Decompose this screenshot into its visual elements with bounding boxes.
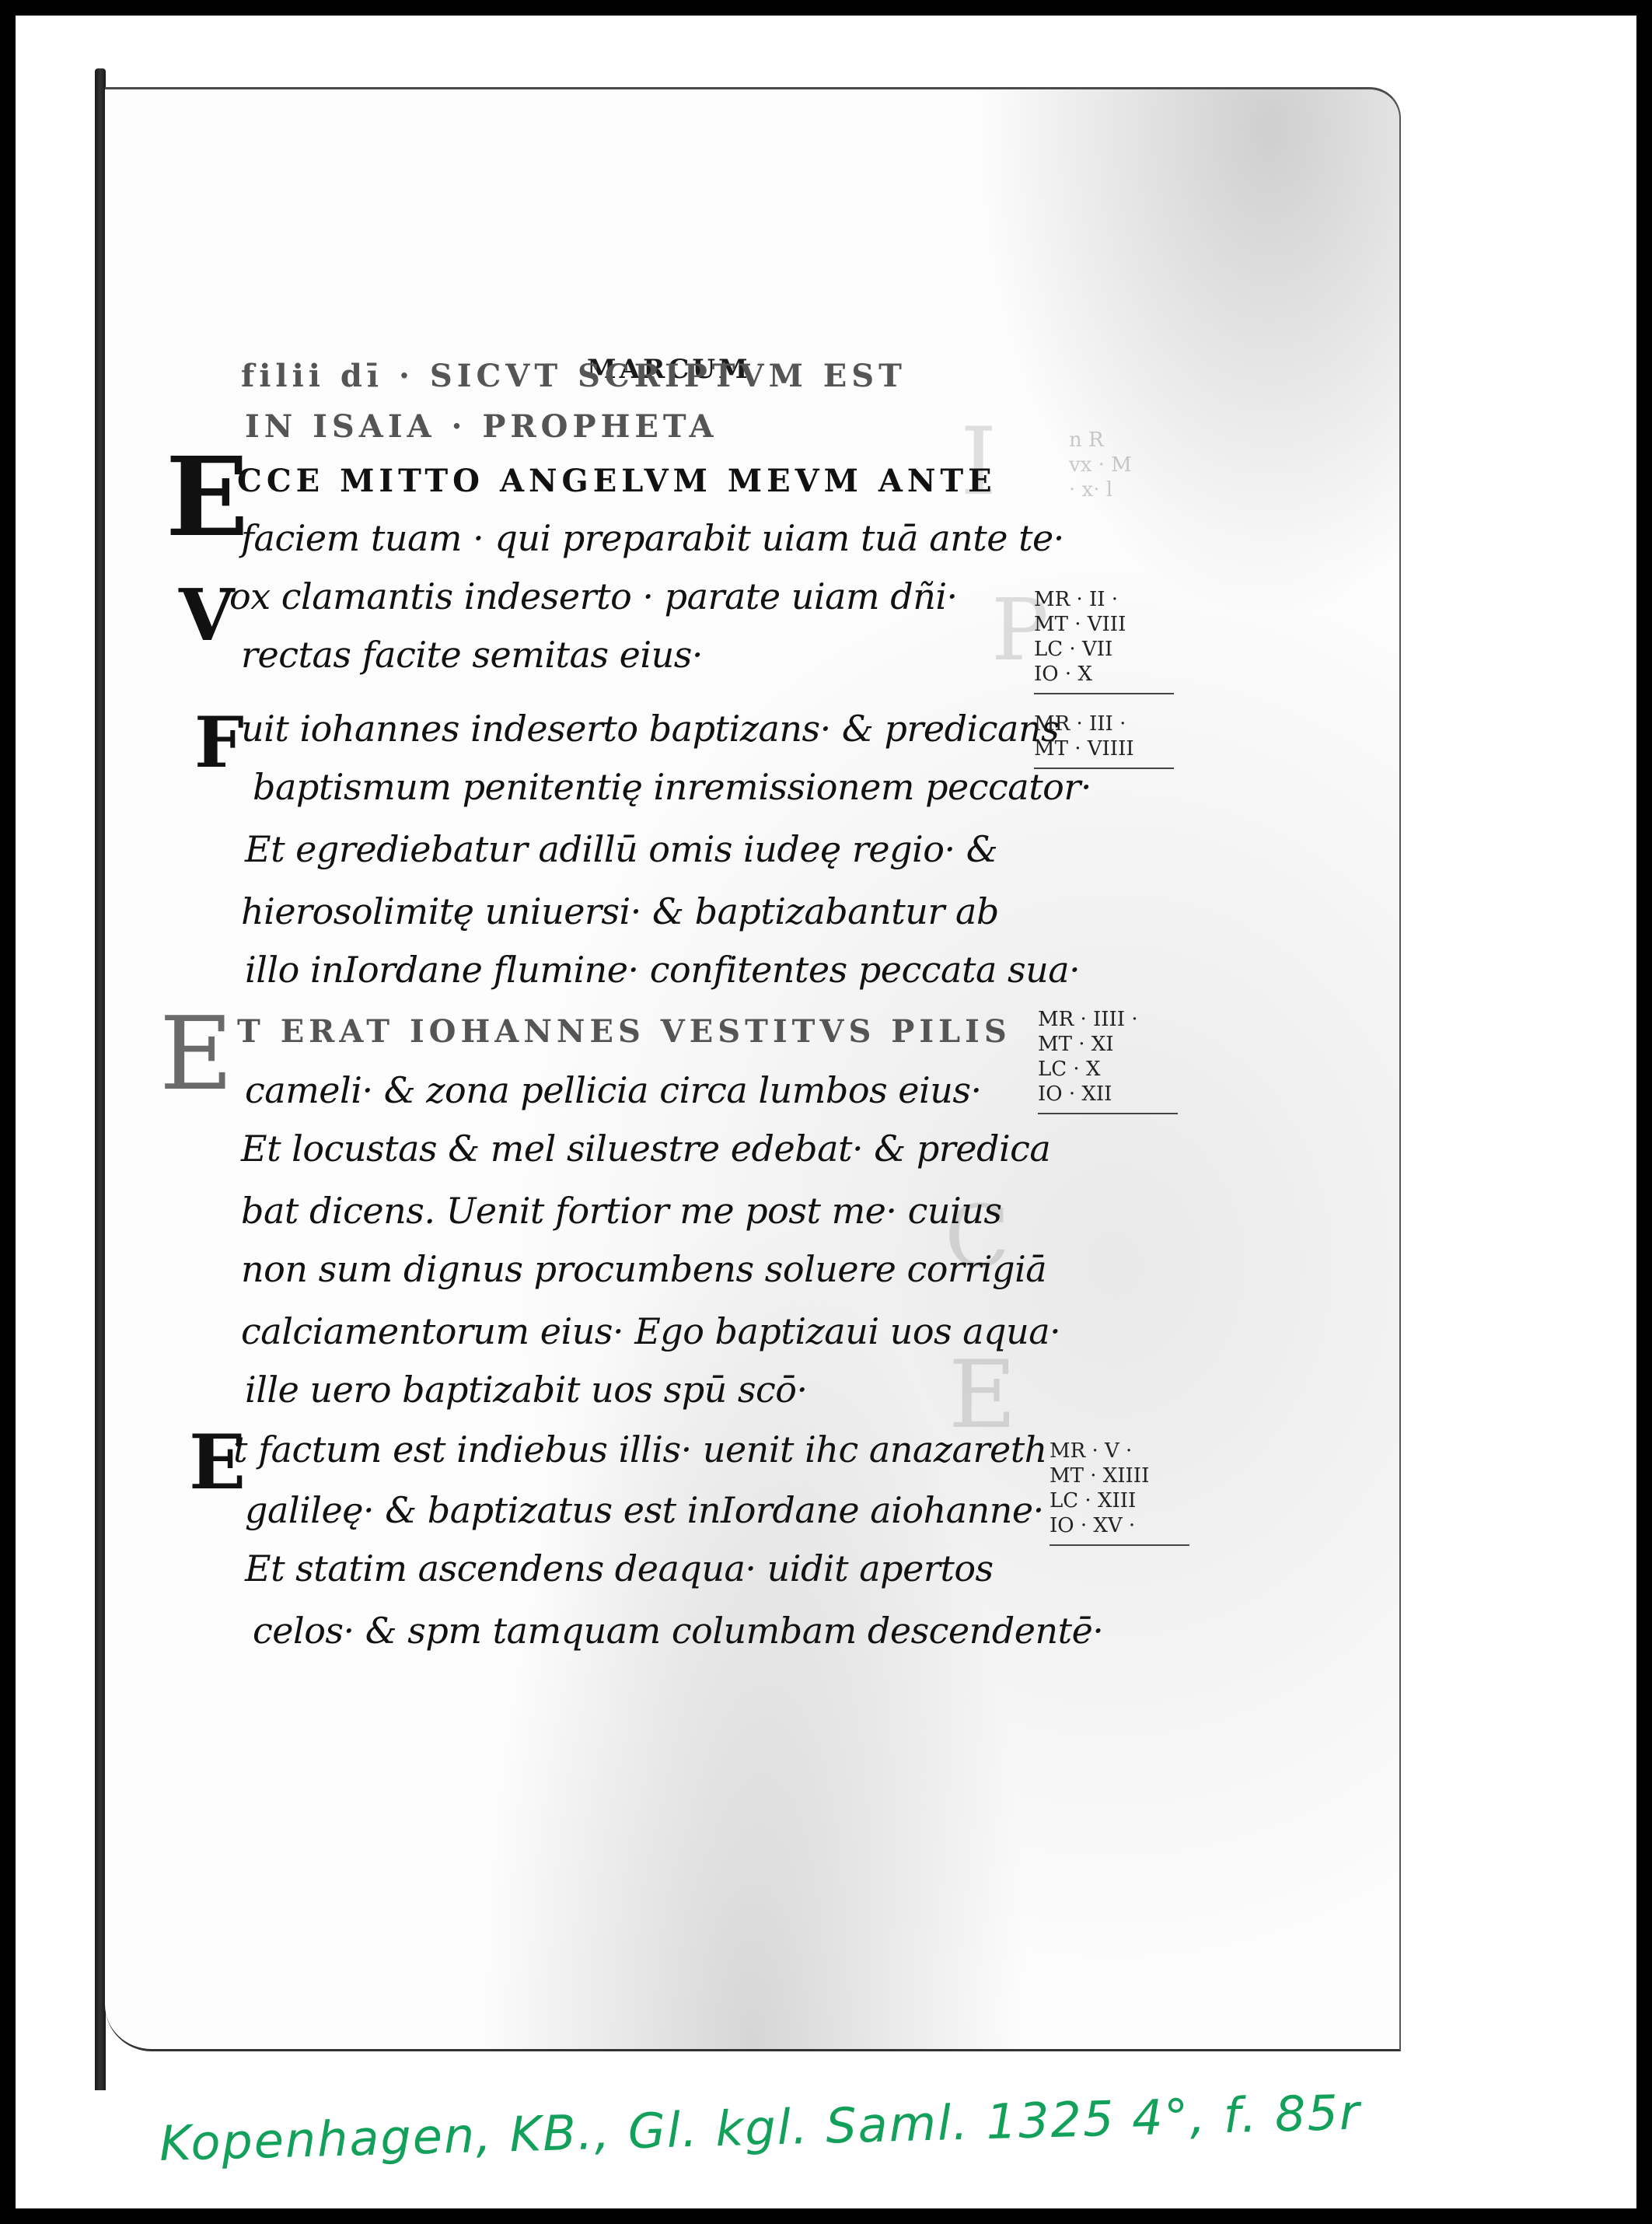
text-line: non sum dignus procumbens soluere corrig… [241, 1248, 1046, 1290]
text-line: cameli· & zona pellicia circa lumbos eiu… [245, 1069, 982, 1111]
text-line: uit iohannes indeserto baptizans· & pred… [241, 708, 1059, 750]
text-line: celos· & spm tamquam columbam descendent… [253, 1610, 1103, 1652]
canon-note-block: MR · II · MT · VIII LC · VII IO · X [1034, 587, 1174, 694]
show-through-margin-note: n Rvx · M· x· l [1069, 428, 1132, 502]
canon-note: MT · XIIII [1050, 1463, 1189, 1488]
text-line: filii dī · SICVT SCRIPTVM EST [241, 358, 906, 394]
text-line: Et statim ascendens deaqua· uidit aperto… [245, 1547, 994, 1589]
canon-note: MR · II · [1034, 587, 1174, 612]
text-line: rectas facite semitas eius· [241, 634, 703, 676]
text-line: T ERAT IOHANNES VESTITVS PILIS [237, 1013, 1011, 1050]
text-line: faciem tuam · qui preparabit uiam tuā an… [241, 517, 1064, 559]
canon-note: MT · VIII [1034, 612, 1174, 637]
text-line: illo inIordane flumine· confitentes pecc… [245, 949, 1080, 991]
manuscript-folio: I P C E MARCUM filii dī · SICVT SCRIPTVM… [105, 87, 1401, 2051]
canon-note-block: MR · IIII · MT · XI LC · X IO · XII [1038, 1007, 1178, 1114]
text-line: calciamentorum eius· Ego baptizaui uos a… [241, 1310, 1060, 1352]
divider-rule [1034, 693, 1174, 694]
text-line: Et locustas & mel siluestre edebat· & pr… [241, 1128, 1050, 1170]
text-line: t factum est indiebus illis· uenit ihc a… [233, 1428, 1047, 1470]
text-line: CCE MITTO ANGELVM MEVM ANTE [237, 463, 997, 499]
text-line: hierosolimitę uniuersi· & baptizabantur … [241, 890, 999, 932]
canon-note: IO · XII [1038, 1082, 1178, 1107]
divider-rule [1038, 1113, 1178, 1114]
canon-note: MT · VIIII [1034, 736, 1174, 761]
canon-note: MT · XI [1038, 1032, 1178, 1057]
text-line: ille uero baptizabit uos spū scō· [245, 1369, 808, 1411]
text-line: ox clamantis indeserto · parate uiam dñi… [229, 575, 958, 617]
initial-V: V [179, 579, 234, 651]
binding-edge [95, 68, 106, 2090]
handwritten-caption: Kopenhagen, KB., Gl. kgl. Saml. 1325 4°,… [159, 2084, 1361, 2172]
divider-rule [1034, 768, 1174, 769]
canon-note: LC · VII [1034, 637, 1174, 662]
text-line: baptismum penitentię inremissionem pecca… [253, 766, 1091, 808]
divider-rule [1050, 1544, 1189, 1546]
canon-note: MR · IIII · [1038, 1007, 1178, 1032]
initial-E: E [166, 443, 249, 552]
canon-note-block: MR · III · MT · VIIII [1034, 712, 1174, 769]
canon-note: IO · X [1034, 662, 1174, 687]
canon-note: MR · III · [1034, 712, 1174, 736]
text-line: galileę· & baptizatus est inIordane aioh… [245, 1489, 1044, 1531]
initial-E: E [159, 1003, 233, 1104]
canon-note: LC · X [1038, 1057, 1178, 1082]
canon-note: LC · XIII [1050, 1488, 1189, 1513]
photo-sheet: I P C E MARCUM filii dī · SICVT SCRIPTVM… [16, 16, 1636, 2208]
text-line: IN ISAIA · PROPHETA [245, 408, 718, 445]
canon-note: IO · XV · [1050, 1513, 1189, 1538]
text-line: bat dicens. Uenit fortior me post me· cu… [241, 1190, 1001, 1232]
initial-F: F [194, 708, 244, 778]
text-line: Et egrediebatur adillū omis iudeę regio·… [245, 828, 997, 870]
canon-note-block: MR · V · MT · XIIII LC · XIII IO · XV · [1050, 1439, 1189, 1546]
canon-note: MR · V · [1050, 1439, 1189, 1463]
